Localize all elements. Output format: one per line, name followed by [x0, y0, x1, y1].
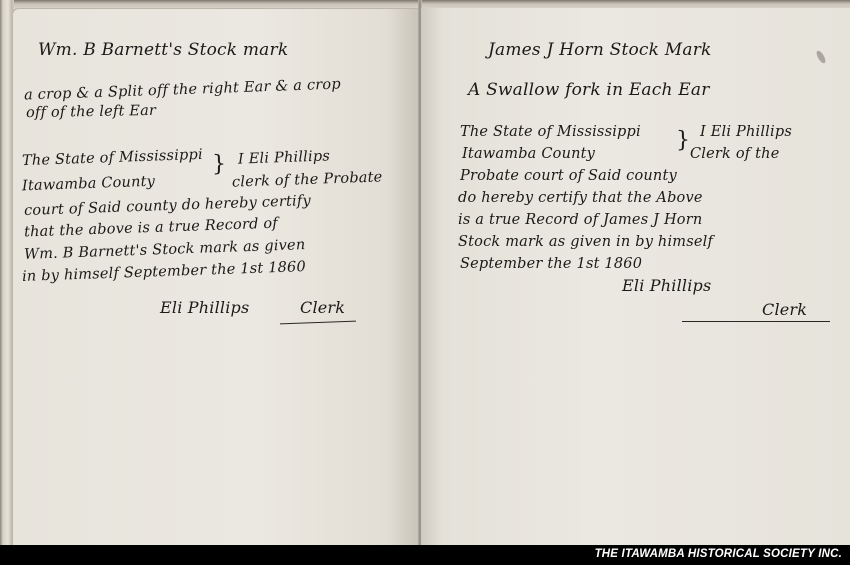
right-certificate-line-6: Stock mark as given in by himself	[458, 234, 713, 250]
document-scan: Wm. B Barnett's Stock mark a crop & a Sp…	[0, 0, 850, 545]
right-certificate-line-2: Itawamba County	[462, 146, 595, 162]
left-signature-title: Clerk	[300, 298, 345, 317]
left-page-title: Wm. B Barnett's Stock mark	[38, 40, 288, 60]
left-description-line-2: off of the left Ear	[26, 103, 156, 121]
left-brace: }	[212, 152, 226, 177]
right-certificate-line-4: do hereby certify that the Above	[458, 190, 703, 206]
left-brace-line-1: I Eli Phillips	[238, 148, 330, 167]
right-certificate-line-1: The State of Mississippi	[460, 124, 641, 140]
left-signature: Eli Phillips	[160, 298, 249, 317]
caption-credit: THE ITAWAMBA HISTORICAL SOCIETY INC.	[595, 548, 842, 560]
right-certificate-line-3: Probate court of Said county	[460, 168, 677, 184]
right-brace: }	[676, 128, 690, 153]
right-page-title: James J Horn Stock Mark	[488, 40, 712, 60]
right-signature-title: Clerk	[762, 300, 807, 319]
right-certificate-line-7: September the 1st 1860	[460, 256, 642, 272]
right-description-line-1: A Swallow fork in Each Ear	[468, 80, 710, 100]
right-signature-underline	[682, 321, 830, 322]
right-signature: Eli Phillips	[622, 276, 711, 295]
right-certificate-line-5: is a true Record of James J Horn	[458, 212, 702, 228]
right-brace-line-1: I Eli Phillips	[700, 124, 792, 140]
right-brace-line-2: Clerk of the	[690, 146, 780, 162]
